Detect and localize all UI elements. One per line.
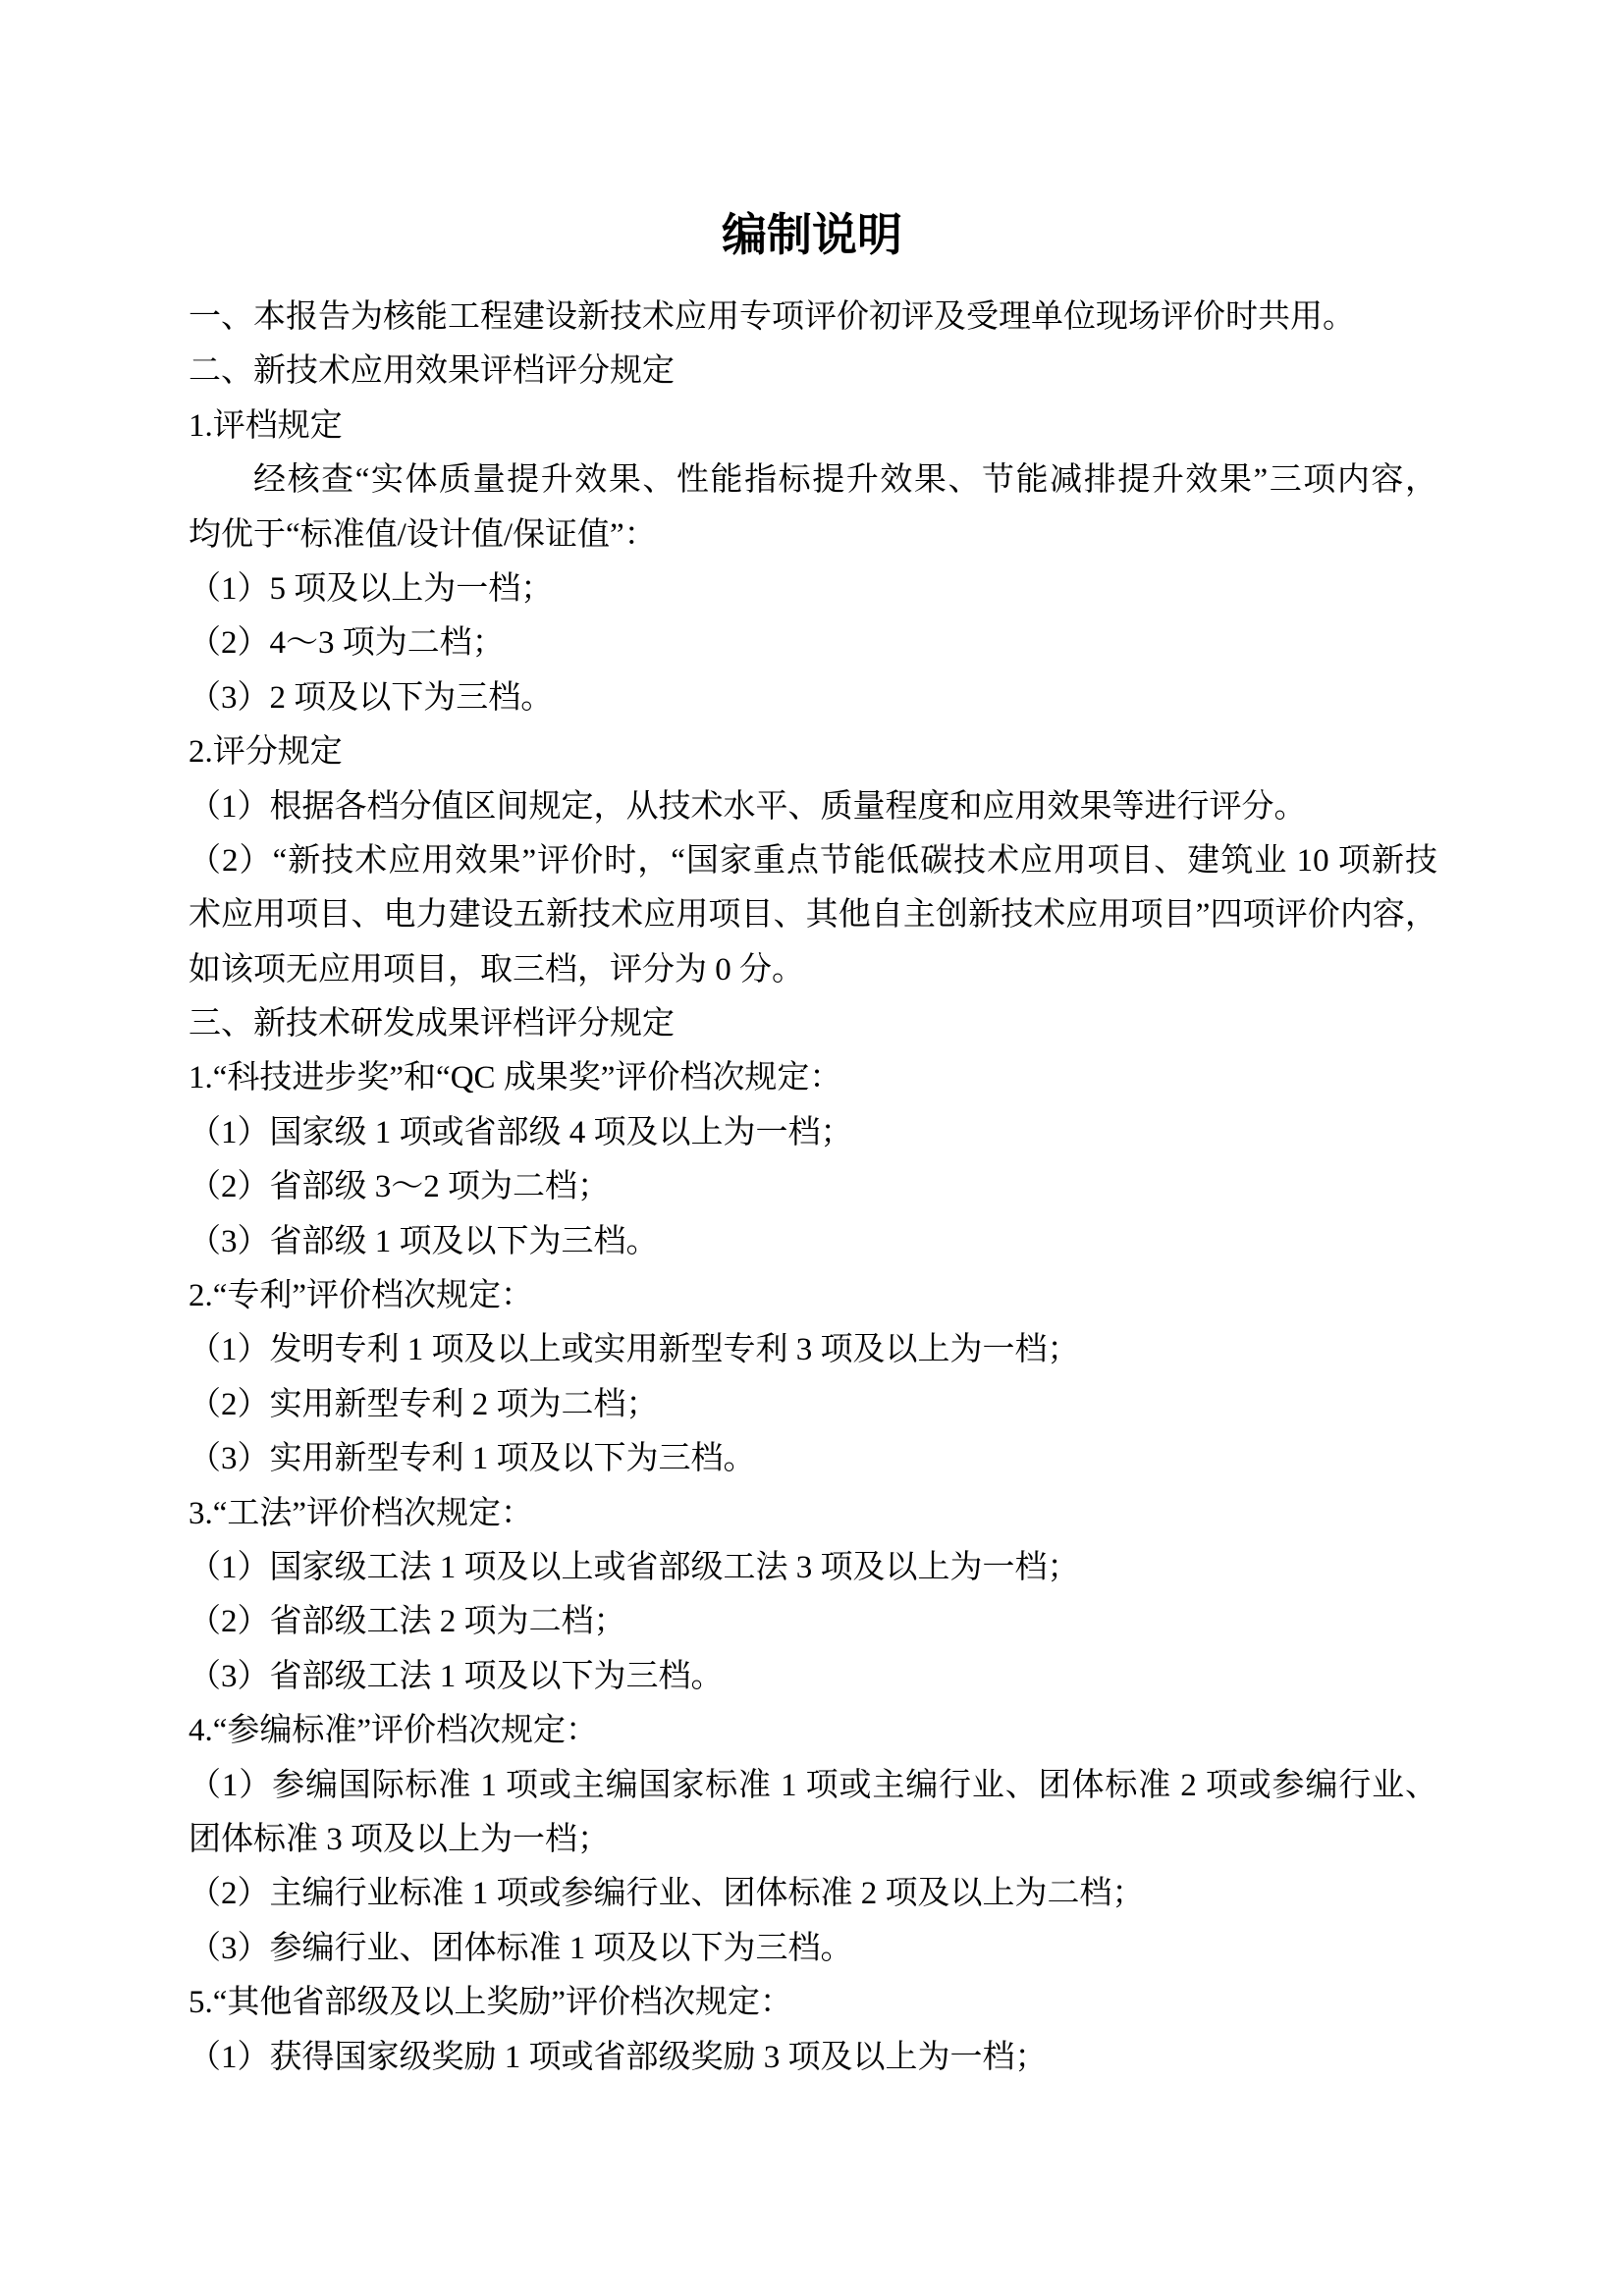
text-line: 一、本报告为核能工程建设新技术应用专项评价初评及受理单位现场评价时共用。 xyxy=(189,291,1437,345)
text-line: （1）发明专利 1 项及以上或实用新型专利 3 项及以上为一档； xyxy=(189,1323,1437,1377)
text-line: （2）省部级工法 2 项为二档； xyxy=(189,1595,1437,1649)
text-line: （1）国家级 1 项或省部级 4 项及以上为一档； xyxy=(189,1106,1437,1160)
text-line: （3）省部级工法 1 项及以下为三档。 xyxy=(189,1650,1437,1704)
text-line: 均优于“标准值/设计值/保证值”： xyxy=(189,508,1437,562)
text-line: （3）实用新型专利 1 项及以下为三档。 xyxy=(189,1432,1437,1486)
text-line: 如该项无应用项目，取三档，评分为 0 分。 xyxy=(189,943,1437,997)
text-line: 术应用项目、电力建设五新技术应用项目、其他自主创新技术应用项目”四项评价内容， xyxy=(189,888,1437,942)
text-line: 1.评档规定 xyxy=(189,400,1437,454)
text-line: 1.“科技进步奖”和“QC 成果奖”评价档次规定： xyxy=(189,1051,1437,1105)
text-line: （2）省部级 3～2 项为二档； xyxy=(189,1160,1437,1214)
document-page: 编制说明 一、本报告为核能工程建设新技术应用专项评价初评及受理单位现场评价时共用… xyxy=(0,0,1624,2296)
text-line: 三、新技术研发成果评档评分规定 xyxy=(189,997,1437,1051)
text-line: （3）省部级 1 项及以下为三档。 xyxy=(189,1215,1437,1269)
text-line: （1）根据各档分值区间规定，从技术水平、质量程度和应用效果等进行评分。 xyxy=(189,780,1437,834)
text-line: （1）5 项及以上为一档； xyxy=(189,562,1437,616)
text-line: （2）实用新型专利 2 项为二档； xyxy=(189,1378,1437,1432)
text-line: （1）获得国家级奖励 1 项或省部级奖励 3 项及以上为一档； xyxy=(189,2031,1437,2085)
text-line: 2.“专利”评价档次规定： xyxy=(189,1269,1437,1323)
text-line: 团体标准 3 项及以上为一档； xyxy=(189,1813,1437,1867)
text-line: 二、新技术应用效果评档评分规定 xyxy=(189,345,1437,399)
text-line: （3）2 项及以下为三档。 xyxy=(189,671,1437,725)
document-body: 一、本报告为核能工程建设新技术应用专项评价初评及受理单位现场评价时共用。二、新技… xyxy=(0,291,1624,2085)
text-line: 4.“参编标准”评价档次规定： xyxy=(189,1704,1437,1758)
text-line: （2）“新技术应用效果”评价时，“国家重点节能低碳技术应用项目、建筑业 10 项… xyxy=(189,834,1437,888)
text-line: 5.“其他省部级及以上奖励”评价档次规定： xyxy=(189,1976,1437,2030)
document-title: 编制说明 xyxy=(0,0,1624,264)
text-line: 3.“工法”评价档次规定： xyxy=(189,1487,1437,1541)
text-line: （1）国家级工法 1 项及以上或省部级工法 3 项及以上为一档； xyxy=(189,1541,1437,1595)
text-line: 经核查“实体质量提升效果、性能指标提升效果、节能减排提升效果”三项内容， xyxy=(189,454,1437,507)
text-line: （2）主编行业标准 1 项或参编行业、团体标准 2 项及以上为二档； xyxy=(189,1867,1437,1921)
text-line: （2）4～3 项为二档； xyxy=(189,616,1437,670)
text-line: （1）参编国际标准 1 项或主编国家标准 1 项或主编行业、团体标准 2 项或参… xyxy=(189,1759,1437,1813)
text-line: （3）参编行业、团体标准 1 项及以下为三档。 xyxy=(189,1922,1437,1976)
text-line: 2.评分规定 xyxy=(189,725,1437,779)
